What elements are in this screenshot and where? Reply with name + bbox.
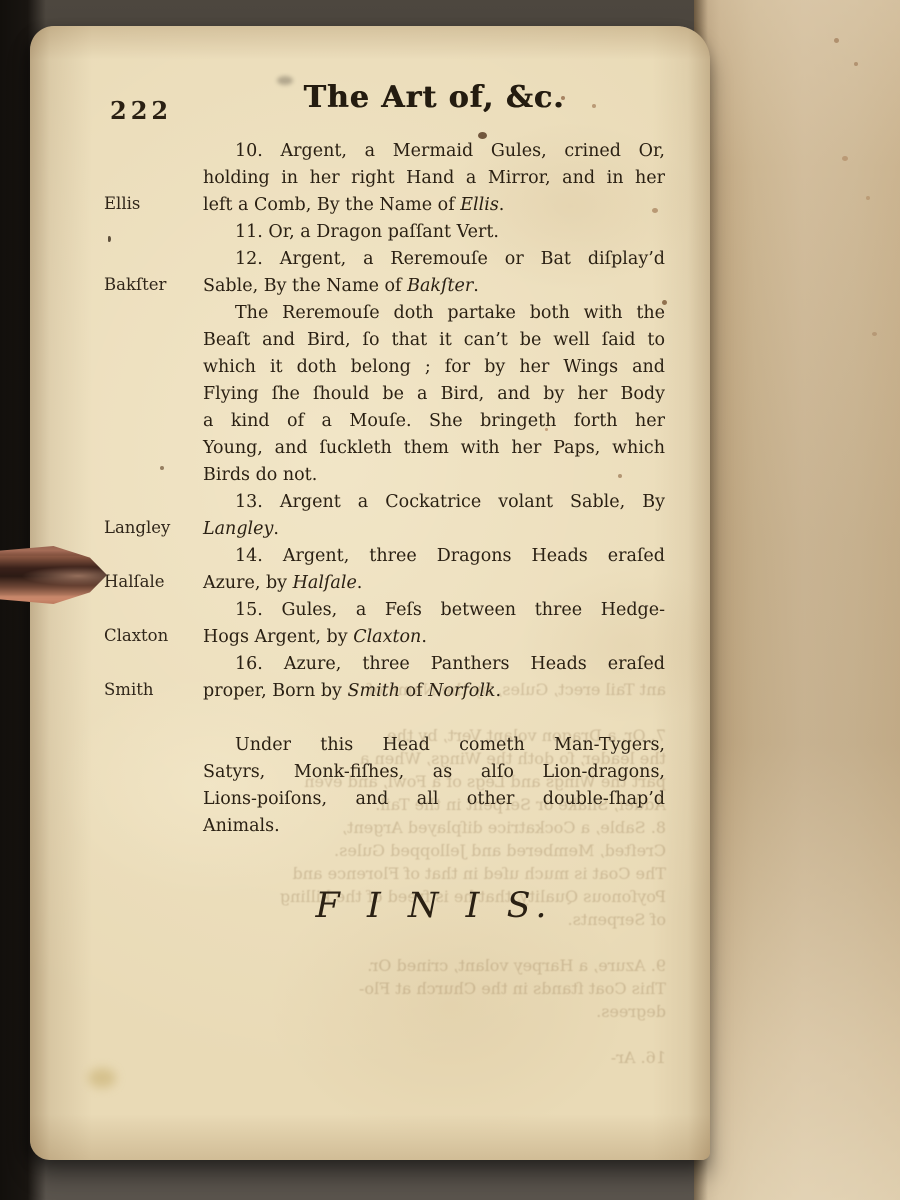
- ink-mark: [108, 236, 111, 242]
- body-line: Beaſt and Bird, ſo that it can’t be well…: [203, 327, 665, 354]
- margin-note: Bakſter: [104, 275, 199, 294]
- bleedthrough-line: [230, 931, 666, 954]
- body-line: 13. Argent a Cockatrice volant Sable, By: [203, 489, 665, 516]
- body-line: Birds do not.: [203, 462, 665, 489]
- facing-page-edge: [694, 0, 900, 1200]
- book-page: ant Tail erect, Gules, by the Name of 7.…: [30, 26, 710, 1160]
- facing-page-shading: [694, 0, 900, 1200]
- body-line: which it doth belong ; for by her Wings …: [203, 354, 665, 381]
- body-line: Animals.: [203, 813, 665, 840]
- bleedthrough-line: 16. Ar-: [230, 1046, 666, 1069]
- body-line: 14. Argent, three Dragons Heads eraſed: [203, 543, 665, 570]
- finis-text: F I N I S.: [203, 886, 665, 926]
- body-line: Flying ſhe ſhould be a Bird, and by her …: [203, 381, 665, 408]
- body-text: 10. Argent, a Mermaid Gules, crined Or,h…: [203, 138, 665, 840]
- text-column: The Art of, &c. 10. Argent, a Mermaid Gu…: [203, 80, 665, 840]
- body-line: Sable, By the Name of Bakſter.: [203, 273, 665, 300]
- line-spacer: [203, 705, 665, 732]
- body-line: Lions-poiſons, and all other double-ſhap…: [203, 786, 665, 813]
- stain: [88, 1068, 116, 1088]
- margin-note: Claxton: [104, 626, 199, 645]
- bleedthrough-line: degrees.: [230, 1000, 666, 1023]
- body-line: The Reremouſe doth partake both with the: [203, 300, 665, 327]
- body-line: holding in her right Hand a Mirror, and …: [203, 165, 665, 192]
- body-line: Satyrs, Monk-fiſhes, as alſo Lion-dragon…: [203, 759, 665, 786]
- body-line: Young, and ſuckleth them with her Paps, …: [203, 435, 665, 462]
- body-line: left a Comb, By the Name of Ellis.: [203, 192, 665, 219]
- body-line: Azure, by Halſale.: [203, 570, 665, 597]
- body-line: Hogs Argent, by Claxton.: [203, 624, 665, 651]
- body-line: Under this Head cometh Man-Tygers,: [203, 732, 665, 759]
- running-header: The Art of, &c.: [203, 80, 665, 138]
- body-line: a kind of a Mouſe. She bringeth forth he…: [203, 408, 665, 435]
- bleedthrough-line: The Coat is much uſed in that of Florenc…: [230, 862, 666, 885]
- body-line: 15. Gules, a Feſs between three Hedge-: [203, 597, 665, 624]
- body-line: 11. Or, a Dragon paſſant Vert.: [203, 219, 665, 246]
- photo-scene: ant Tail erect, Gules, by the Name of 7.…: [0, 0, 900, 1200]
- bleedthrough-line: 9. Azure, a Harpey volant, crined Or.: [230, 954, 666, 977]
- body-line: proper, Born by Smith of Norfolk.: [203, 678, 665, 705]
- margin-note: Langley: [104, 518, 199, 537]
- body-line: 12. Argent, a Reremouſe or Bat diſplay’d: [203, 246, 665, 273]
- bleedthrough-line: This Coat ſtands in the Church at Flo-: [230, 977, 666, 1000]
- body-line: Langley.: [203, 516, 665, 543]
- margin-note: Ellis: [104, 194, 199, 213]
- margin-note: Smith: [104, 680, 199, 699]
- page-number: 222: [110, 96, 172, 125]
- margin-note: Halſale: [104, 572, 199, 591]
- foxing-spot: [160, 466, 164, 470]
- bleedthrough-line: [230, 1023, 666, 1046]
- body-line: 10. Argent, a Mermaid Gules, crined Or,: [203, 138, 665, 165]
- body-line: 16. Azure, three Panthers Heads eraſed: [203, 651, 665, 678]
- bleedthrough-line: Creſted, Membered and Jellopped Gules.: [230, 839, 666, 862]
